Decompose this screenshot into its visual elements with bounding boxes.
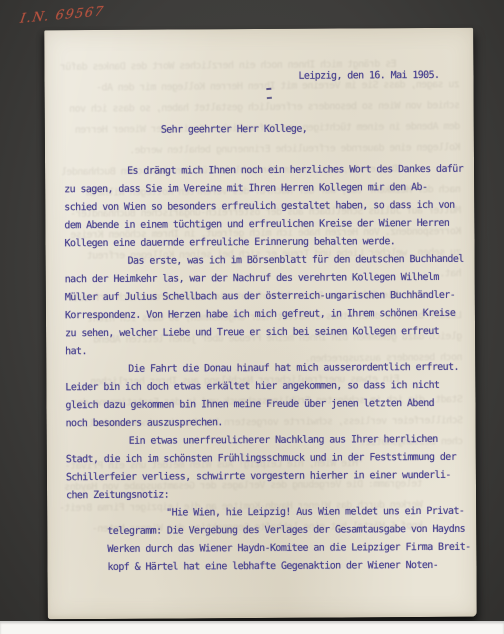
letter-line: dem Abende in einem tüchtigen und erfreu…: [64, 215, 466, 235]
letter-line: Schillerfeier verliess, schwirrte vorges…: [66, 467, 468, 487]
dateline: Leipzig, den 16. Mai 1905.: [298, 70, 439, 82]
letter-line: kopf & Härtel hat eine lebhafte Gegenakt…: [66, 557, 468, 577]
letter-paper: Es drängt mich Ihnen noch ein herzliches…: [44, 28, 477, 620]
scan-bottom-strip: [0, 621, 504, 634]
ink-mark: [266, 88, 272, 99]
letter-line: zu sehen, welcher Liebe und Treue er sic…: [65, 323, 467, 343]
archive-inventory-number: I.N. 69567: [19, 4, 106, 27]
bleed-line: Kollegen eine dauernde erfreuliche Erinn…: [54, 137, 460, 162]
letter-body: Es drängt mich Ihnen noch ein herzliches…: [64, 161, 469, 577]
photo-mount: I.N. 69567 Es drängt mich Ihnen noch ein…: [0, 0, 504, 634]
salutation: Sehr geehrter Herr Kollege,: [161, 124, 307, 136]
letter-line: gleich dazu gekommen bin Ihnen meine Fre…: [65, 395, 467, 415]
